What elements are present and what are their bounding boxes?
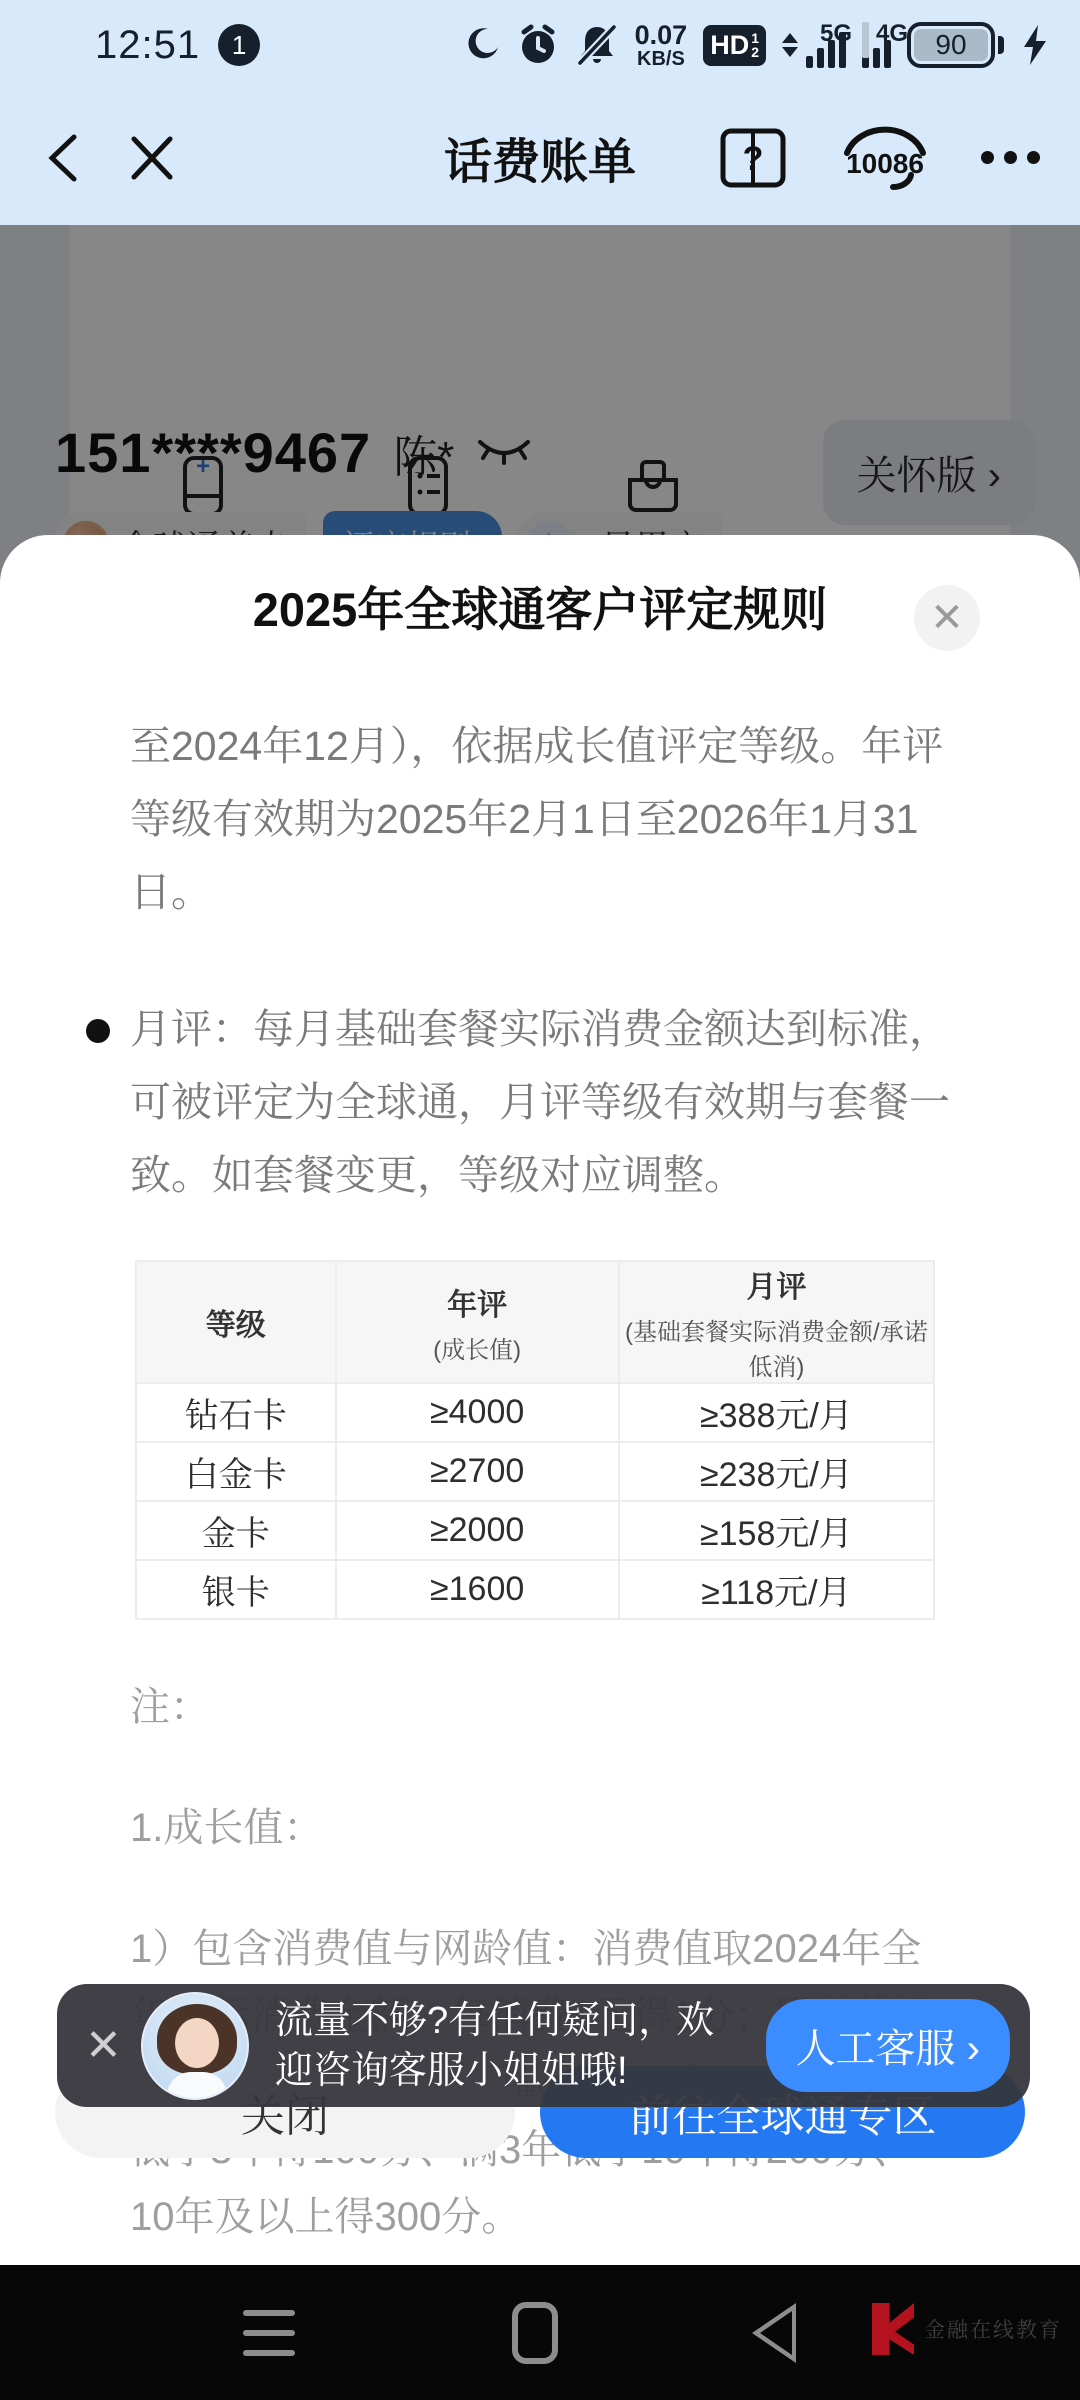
bullet-dot-icon: [86, 1019, 110, 1043]
close-page-icon[interactable]: [126, 129, 178, 187]
table-header-row: 等级 年评 (成长值) 月评 (基础套餐实际消费金额/承诺低消): [136, 1261, 934, 1383]
battery-level: 90: [914, 29, 988, 61]
table-row: 银卡 ≥1600 ≥118元/月: [136, 1560, 934, 1619]
note-growth-value: 1.成长值：: [130, 1795, 950, 1862]
table-row: 钻石卡 ≥4000 ≥388元/月: [136, 1383, 934, 1442]
watermark: 金融在线教育: [872, 2303, 1062, 2355]
notifications-off-bell-icon: [575, 23, 619, 67]
banner-message: 流量不够?有任何疑问，欢迎咨询客服小姐姐哦!: [275, 1996, 745, 2096]
service-agent-avatar: [141, 1992, 249, 2100]
modal-close-icon[interactable]: ✕: [914, 585, 980, 651]
status-bar: 12:51 1 0.07 KB/S HD 12 5G: [0, 0, 1080, 90]
watermark-logo-icon: [872, 2303, 914, 2355]
help-book-icon[interactable]: ?: [717, 125, 789, 191]
network-speed-value: 0.07: [635, 22, 688, 49]
app-header: 话费账单 ? 10086: [0, 90, 1080, 225]
annual-rating-paragraph: 至2024年12月），依据成长值评定等级。年评等级有效期为2025年2月1日至2…: [130, 710, 950, 929]
monthly-rating-bullet: 月评：每月基础套餐实际消费金额达到标准，可被评定为全球通，月评等级有效期与套餐一…: [130, 993, 950, 1212]
hd-voice-icon: HD 12: [703, 25, 766, 66]
nav-menu-icon[interactable]: [243, 2310, 295, 2356]
watermark-text: 金融在线教育: [924, 2314, 1062, 2344]
network-speed-unit: KB/S: [635, 49, 688, 69]
do-not-disturb-moon-icon: [463, 26, 501, 64]
customer-service-banner: ✕ 流量不够?有任何疑问，欢迎咨询客服小姐姐哦! 人工客服 ›: [57, 1984, 1030, 2107]
table-header-annual: 年评 (成长值): [336, 1261, 619, 1383]
back-icon[interactable]: [40, 129, 86, 187]
clock: 12:51: [95, 23, 200, 68]
sim2-signal-icon: 4G: [862, 22, 891, 68]
sim1-signal-icon: 5G: [806, 22, 846, 68]
notification-count-badge: 1: [218, 24, 260, 66]
monthly-rating-paragraph: 月评：每月基础套餐实际消费金额达到标准，可被评定为全球通，月评等级有效期与套餐一…: [130, 993, 950, 1212]
nav-home-icon[interactable]: [512, 2302, 558, 2364]
alarm-clock-icon: [517, 24, 559, 66]
network-speed-indicator: 0.07 KB/S: [635, 22, 688, 69]
note-label: 注：: [130, 1674, 950, 1741]
table-header-level: 等级: [136, 1261, 336, 1383]
hotline-10086-icon[interactable]: 10086: [833, 123, 937, 193]
human-service-button[interactable]: 人工客服 ›: [766, 1999, 1010, 2092]
data-transfer-arrows-icon: [782, 33, 798, 57]
banner-close-icon[interactable]: ✕: [85, 2020, 141, 2071]
battery-indicator: 90: [907, 22, 1004, 68]
table-row: 金卡 ≥2000 ≥158元/月: [136, 1501, 934, 1560]
more-options-icon[interactable]: [981, 151, 1040, 164]
rating-table: 等级 年评 (成长值) 月评 (基础套餐实际消费金额/承诺低消) 钻石卡 ≥40…: [135, 1260, 935, 1620]
table-row: 白金卡 ≥2700 ≥238元/月: [136, 1442, 934, 1501]
table-header-monthly: 月评 (基础套餐实际消费金额/承诺低消): [619, 1261, 934, 1383]
system-navigation-bar: 金融在线教育: [0, 2265, 1080, 2400]
nav-back-icon[interactable]: [752, 2303, 796, 2363]
svg-text:?: ?: [743, 140, 764, 178]
charging-bolt-icon: [1020, 23, 1050, 67]
